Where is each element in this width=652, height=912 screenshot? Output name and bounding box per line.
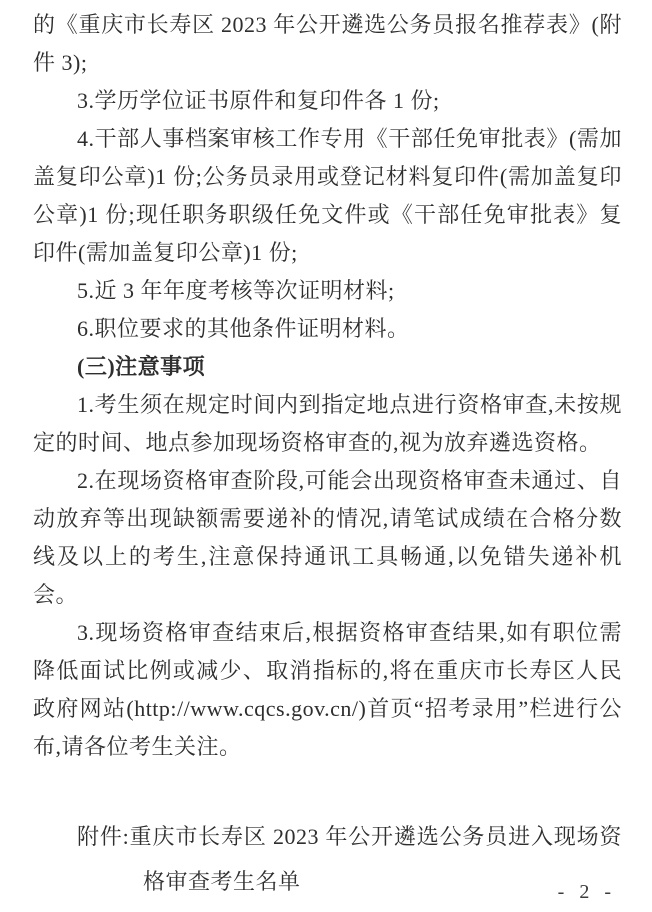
paragraph-item-6: 6.职位要求的其他条件证明材料。: [33, 310, 622, 348]
paragraph-item-3: 3.学历学位证书原件和复印件各 1 份;: [33, 82, 622, 120]
paragraph-note-1: 1.考生须在规定时间内到指定地点进行资格审查,未按规定的时间、地点参加现场资格审…: [33, 386, 622, 462]
document-page: 的《重庆市长寿区 2023 年公开遴选公务员报名推荐表》(附件 3); 3.学历…: [0, 0, 652, 912]
section-heading-notes: (三)注意事项: [33, 348, 622, 386]
paragraph-note-3: 3.现场资格审查结束后,根据资格审查结果,如有职位需降低面试比例或减少、取消指标…: [33, 614, 622, 766]
page-number: - 2 -: [558, 881, 616, 904]
paragraph-item-5: 5.近 3 年年度考核等次证明材料;: [33, 272, 622, 310]
attachment-label: 附件:: [77, 824, 129, 849]
paragraph-item-4: 4.干部人事档案审核工作专用《干部任免审批表》(需加盖复印公章)1 份;公务员录…: [33, 120, 622, 272]
paragraph-note-2: 2.在现场资格审查阶段,可能会出现资格审查未通过、自动放弃等出现缺额需要递补的情…: [33, 462, 622, 614]
document-body: 的《重庆市长寿区 2023 年公开遴选公务员报名推荐表》(附件 3); 3.学历…: [33, 6, 622, 904]
attachment-note: 附件:重庆市长寿区 2023 年公开遴选公务员进入现场资格审查考生名单: [77, 814, 622, 904]
paragraph-continuation: 的《重庆市长寿区 2023 年公开遴选公务员报名推荐表》(附件 3);: [33, 6, 622, 82]
attachment-title: 重庆市长寿区 2023 年公开遴选公务员进入现场资格审查考生名单: [129, 824, 622, 894]
